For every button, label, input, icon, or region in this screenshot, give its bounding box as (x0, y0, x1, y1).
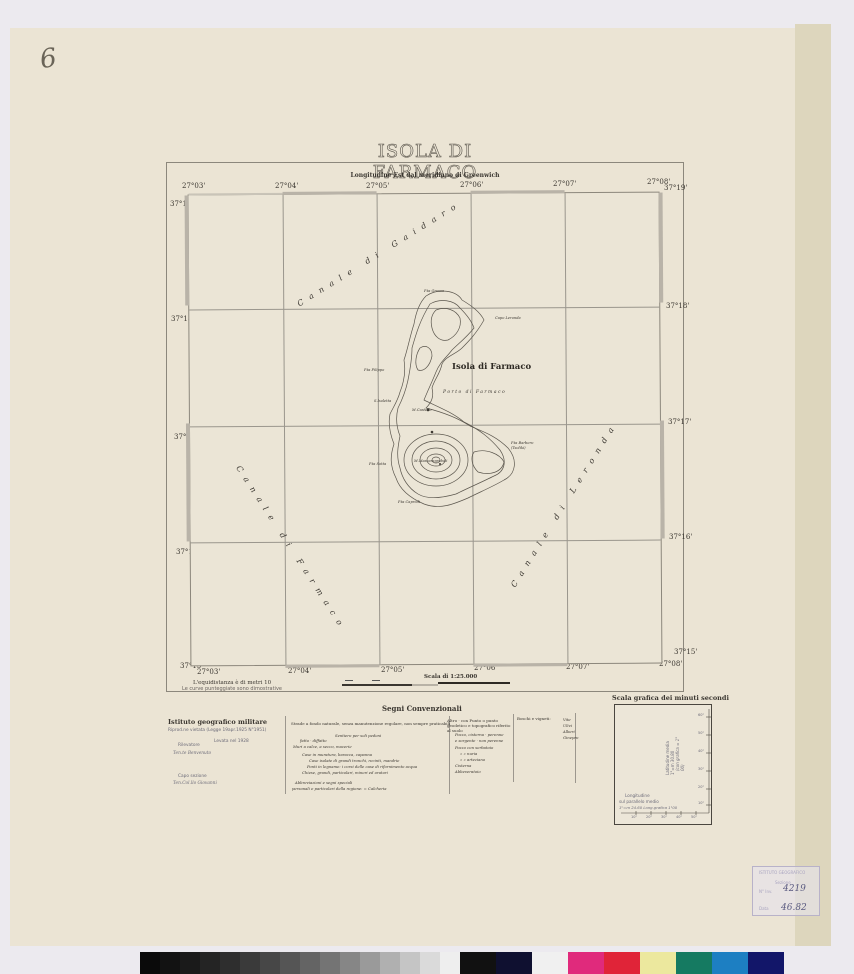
island-farmaco-shape (376, 288, 526, 526)
calibration-swatch (320, 952, 340, 974)
color-calibration-strip (140, 952, 784, 974)
bottom-longitude: 27°07' (566, 663, 589, 671)
neatline-bar (473, 663, 567, 667)
calibration-swatch (240, 952, 260, 974)
calibration-swatch (748, 952, 784, 974)
graphic-scale-title: Scala grafica dei minuti secondi (612, 694, 729, 702)
neatline-bar (471, 190, 565, 194)
y-tick: 20" (698, 785, 704, 789)
calibration-swatch (160, 952, 180, 974)
longitude-caption-2: sul parallelo medio (619, 799, 659, 804)
x-tick: 10" (631, 815, 637, 819)
calibration-swatch (280, 952, 300, 974)
seconds-scale-box: 10" 20" 30" 40" 50" 60" 50" 40" 30" 20" … (614, 704, 712, 825)
place-punta-caprioli: P.ta Caprioli (398, 500, 420, 504)
neatline-bar (285, 664, 379, 668)
grid-line (283, 195, 287, 665)
y-tick: 50" (698, 731, 704, 735)
place-punta-grosso: P.ta Grosso (424, 289, 444, 293)
place-isoletta: S.Isoletta (374, 399, 391, 403)
top-longitude: 27°05' (366, 182, 389, 190)
legend-item: » » nuria (460, 751, 477, 756)
dashed-curves-note: Le curve punteggiate sono dimostrative (182, 686, 282, 692)
legend-title: Segni Convenzionali (382, 704, 462, 713)
right-latitude: 37°18' (666, 302, 689, 310)
institute-name: Istituto geografico militare (168, 718, 267, 726)
right-latitude: 37°15' (674, 648, 697, 656)
latitude-caption-2: (con grafica = 1" 00) (675, 735, 685, 771)
surveyor-name: Ten.te Benvenuto (173, 751, 211, 756)
sheet-edge (795, 24, 831, 946)
legend-item: Ponti in legname: i corsi delle case di … (307, 764, 417, 769)
legend-item: Case in muratura, baracca, capanna (302, 752, 372, 757)
top-longitude: 27°07' (553, 180, 576, 188)
x-tick: 30" (661, 815, 667, 819)
legend-item: personali e particolari della regione: =… (292, 786, 387, 791)
top-longitude: 27°03' (182, 182, 205, 190)
legend-item: Case isolate di grandi tronchi, recinti,… (309, 758, 399, 763)
survey-year: Levata nel 1928 (214, 739, 249, 744)
archive-stamp: ISTITUTO GEOGRAFICO Sezione N° Inv. Data… (752, 866, 820, 916)
calibration-swatch (300, 952, 320, 974)
place-punta-filippo: P.ta Filippo (364, 368, 384, 372)
place-punta-barbero: P.ta Barbero (Tsoliki) (511, 441, 539, 451)
calibration-swatch (260, 952, 280, 974)
calibration-swatch (420, 952, 440, 974)
reprint-notice: Riprod.ne vietata (Legge 19apr.1925 N°19… (168, 728, 266, 733)
legend-item: Alberi (563, 729, 575, 734)
top-longitude: 27°04' (275, 182, 298, 190)
place-monte-castello: M.Castello (412, 408, 432, 412)
neatline-bar (659, 193, 664, 303)
legend-item: Pozzo con serbatoio (455, 745, 493, 750)
longitude-caption-3: 1"=m 24.60 Long.grafica 1"00 (619, 805, 677, 810)
stamp-line: ISTITUTO GEOGRAFICO (759, 870, 805, 875)
neatline-bar (283, 191, 377, 195)
legend-vegetation-header: Boschi e vigneti: (517, 716, 551, 721)
y-tick: 40" (698, 749, 704, 753)
right-latitude: 37°17' (668, 418, 691, 426)
neatline-bar (185, 195, 190, 305)
neatline-bar (660, 421, 665, 539)
legend-item: Ulivi (563, 723, 572, 728)
legend-item: Cisterna (455, 763, 471, 768)
legend-item: Vite (563, 717, 571, 722)
stamp-line: N° Inv. (759, 889, 772, 894)
legend-item: Muri a calce, a secco, macerie (293, 744, 352, 749)
right-latitude: 37°16' (669, 533, 692, 541)
neatline-bar (189, 193, 283, 196)
calibration-swatch (640, 952, 676, 974)
grid-line (191, 540, 661, 544)
calibration-swatch (604, 952, 640, 974)
calibration-swatch (532, 952, 568, 974)
legend-item: Chiese, grandi, particolari, minori ed o… (302, 770, 388, 775)
bottom-longitude: 27°08' (659, 660, 682, 668)
calibration-swatch (220, 952, 240, 974)
legend-item: Abbreviazioni e segni speciali (295, 780, 352, 785)
x-tick: 40" (676, 815, 682, 819)
stamp-date: 46.82 (781, 903, 807, 913)
legend-item: Pozzo, cisterna · perenne (455, 732, 503, 737)
harbor-label: Porto di Farmaco (443, 390, 506, 395)
calibration-swatch (712, 952, 748, 974)
y-tick: 60" (698, 713, 704, 717)
x-tick: 20" (646, 815, 652, 819)
bottom-longitude: 27°05' (381, 666, 404, 674)
legend-item: e sorgente · non perenne (455, 738, 503, 743)
calibration-swatch (400, 952, 420, 974)
calibration-swatch (200, 952, 220, 974)
legend-item: Sentiero per soli pedoni (335, 733, 381, 738)
place-monte-mascaragroboli: M.Mascaragroboli (414, 459, 447, 463)
calibration-swatch (676, 952, 712, 974)
calibration-swatch (440, 952, 460, 974)
graphic-scale-bar (342, 677, 512, 689)
calibration-swatch (180, 952, 200, 974)
bottom-longitude: 27°04' (288, 667, 311, 675)
y-tick: 10" (698, 801, 704, 805)
top-longitude: 27°06' (460, 181, 483, 189)
calibration-swatch (380, 952, 400, 974)
legend-roads-header: Strade a fondo naturale, senza manutenzi… (291, 721, 450, 726)
section-head-name: Ten.Col.llo Giovanni (173, 781, 217, 786)
stamp-inventory-number: 4219 (783, 884, 806, 894)
calibration-swatch (140, 952, 160, 974)
legend-water-header: Altro · con Punto o punto geodetico e to… (447, 718, 511, 733)
legend-item: » » arteziano (460, 757, 485, 762)
y-tick: 30" (698, 767, 704, 771)
neatline-bar (186, 423, 191, 541)
calibration-swatch (360, 952, 380, 974)
latitude-caption: Latitudine media 1"=m 30.80 (665, 729, 675, 775)
stamp-line: Data (759, 906, 769, 911)
x-tick: 50" (691, 815, 697, 819)
legend-item: Abbeveratoio (455, 769, 481, 774)
section-head-label: Capo sezione (178, 774, 207, 779)
legend-item: fatto · diffatto (300, 738, 327, 743)
bottom-longitude: 27°03' (197, 668, 220, 676)
calibration-swatch (460, 952, 496, 974)
island-name-label: Isola di Farmaco (452, 362, 531, 372)
calibration-swatch (496, 952, 532, 974)
surveyor-label: Rilevatore (178, 743, 200, 748)
longitude-caption: Longitudine Est dal meridiano di Greenwi… (340, 172, 510, 179)
place-capo-leronda: Capo Leronda (495, 316, 521, 320)
legend-item: Ginepro (563, 735, 578, 740)
calibration-swatch (340, 952, 360, 974)
right-latitude: 37°19' (664, 184, 687, 192)
calibration-swatch (568, 952, 604, 974)
place-punta-sotta: P.ta Sotta (369, 462, 386, 466)
longitude-caption-1: Longitudine (625, 793, 650, 798)
grid-line (565, 193, 569, 663)
